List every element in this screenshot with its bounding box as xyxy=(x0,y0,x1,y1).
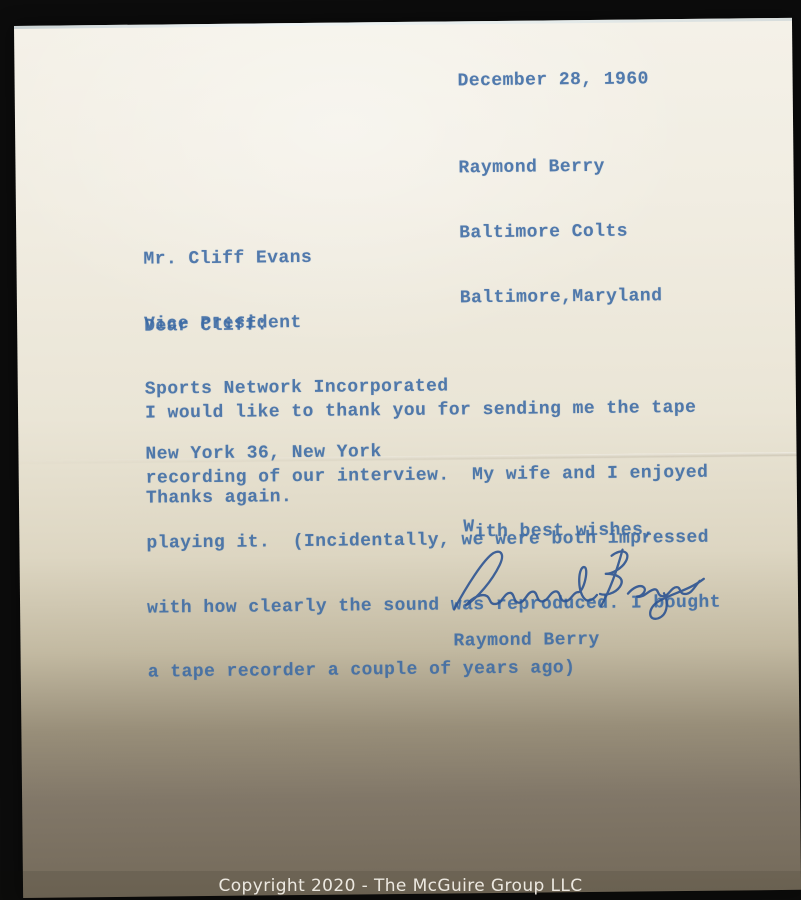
body-line: a tape recorder a couple of years ago) xyxy=(148,657,722,685)
signature-ink-strokes xyxy=(449,541,710,628)
signature: Raymond Berry xyxy=(449,541,710,628)
body-line: recording of our interview. My wife and … xyxy=(146,463,720,491)
closing-line: With best wishes, xyxy=(463,520,655,544)
recipient-name: Mr. Cliff Evans xyxy=(143,247,447,272)
salutation: Dear Cliff: xyxy=(144,315,268,338)
thanks-line: Thanks again. xyxy=(146,487,292,510)
typed-signature-name: Raymond Berry xyxy=(453,630,599,653)
body-line: I would like to thank you for sending me… xyxy=(145,398,719,426)
copyright-watermark: Copyright 2020 - The McGuire Group LLC xyxy=(0,871,801,900)
sender-team: Baltimore Colts xyxy=(459,221,662,245)
photo-frame: December 28, 1960 Raymond Berry Baltimor… xyxy=(0,0,801,900)
sender-block: Raymond Berry Baltimore Colts Baltimore,… xyxy=(458,113,663,353)
sender-city: Baltimore,Maryland xyxy=(460,286,663,310)
letter-date: December 28, 1960 xyxy=(457,69,648,93)
sender-name: Raymond Berry xyxy=(458,156,661,180)
letter-paper: December 28, 1960 Raymond Berry Baltimor… xyxy=(14,18,801,898)
paper-top-edge xyxy=(14,18,792,29)
